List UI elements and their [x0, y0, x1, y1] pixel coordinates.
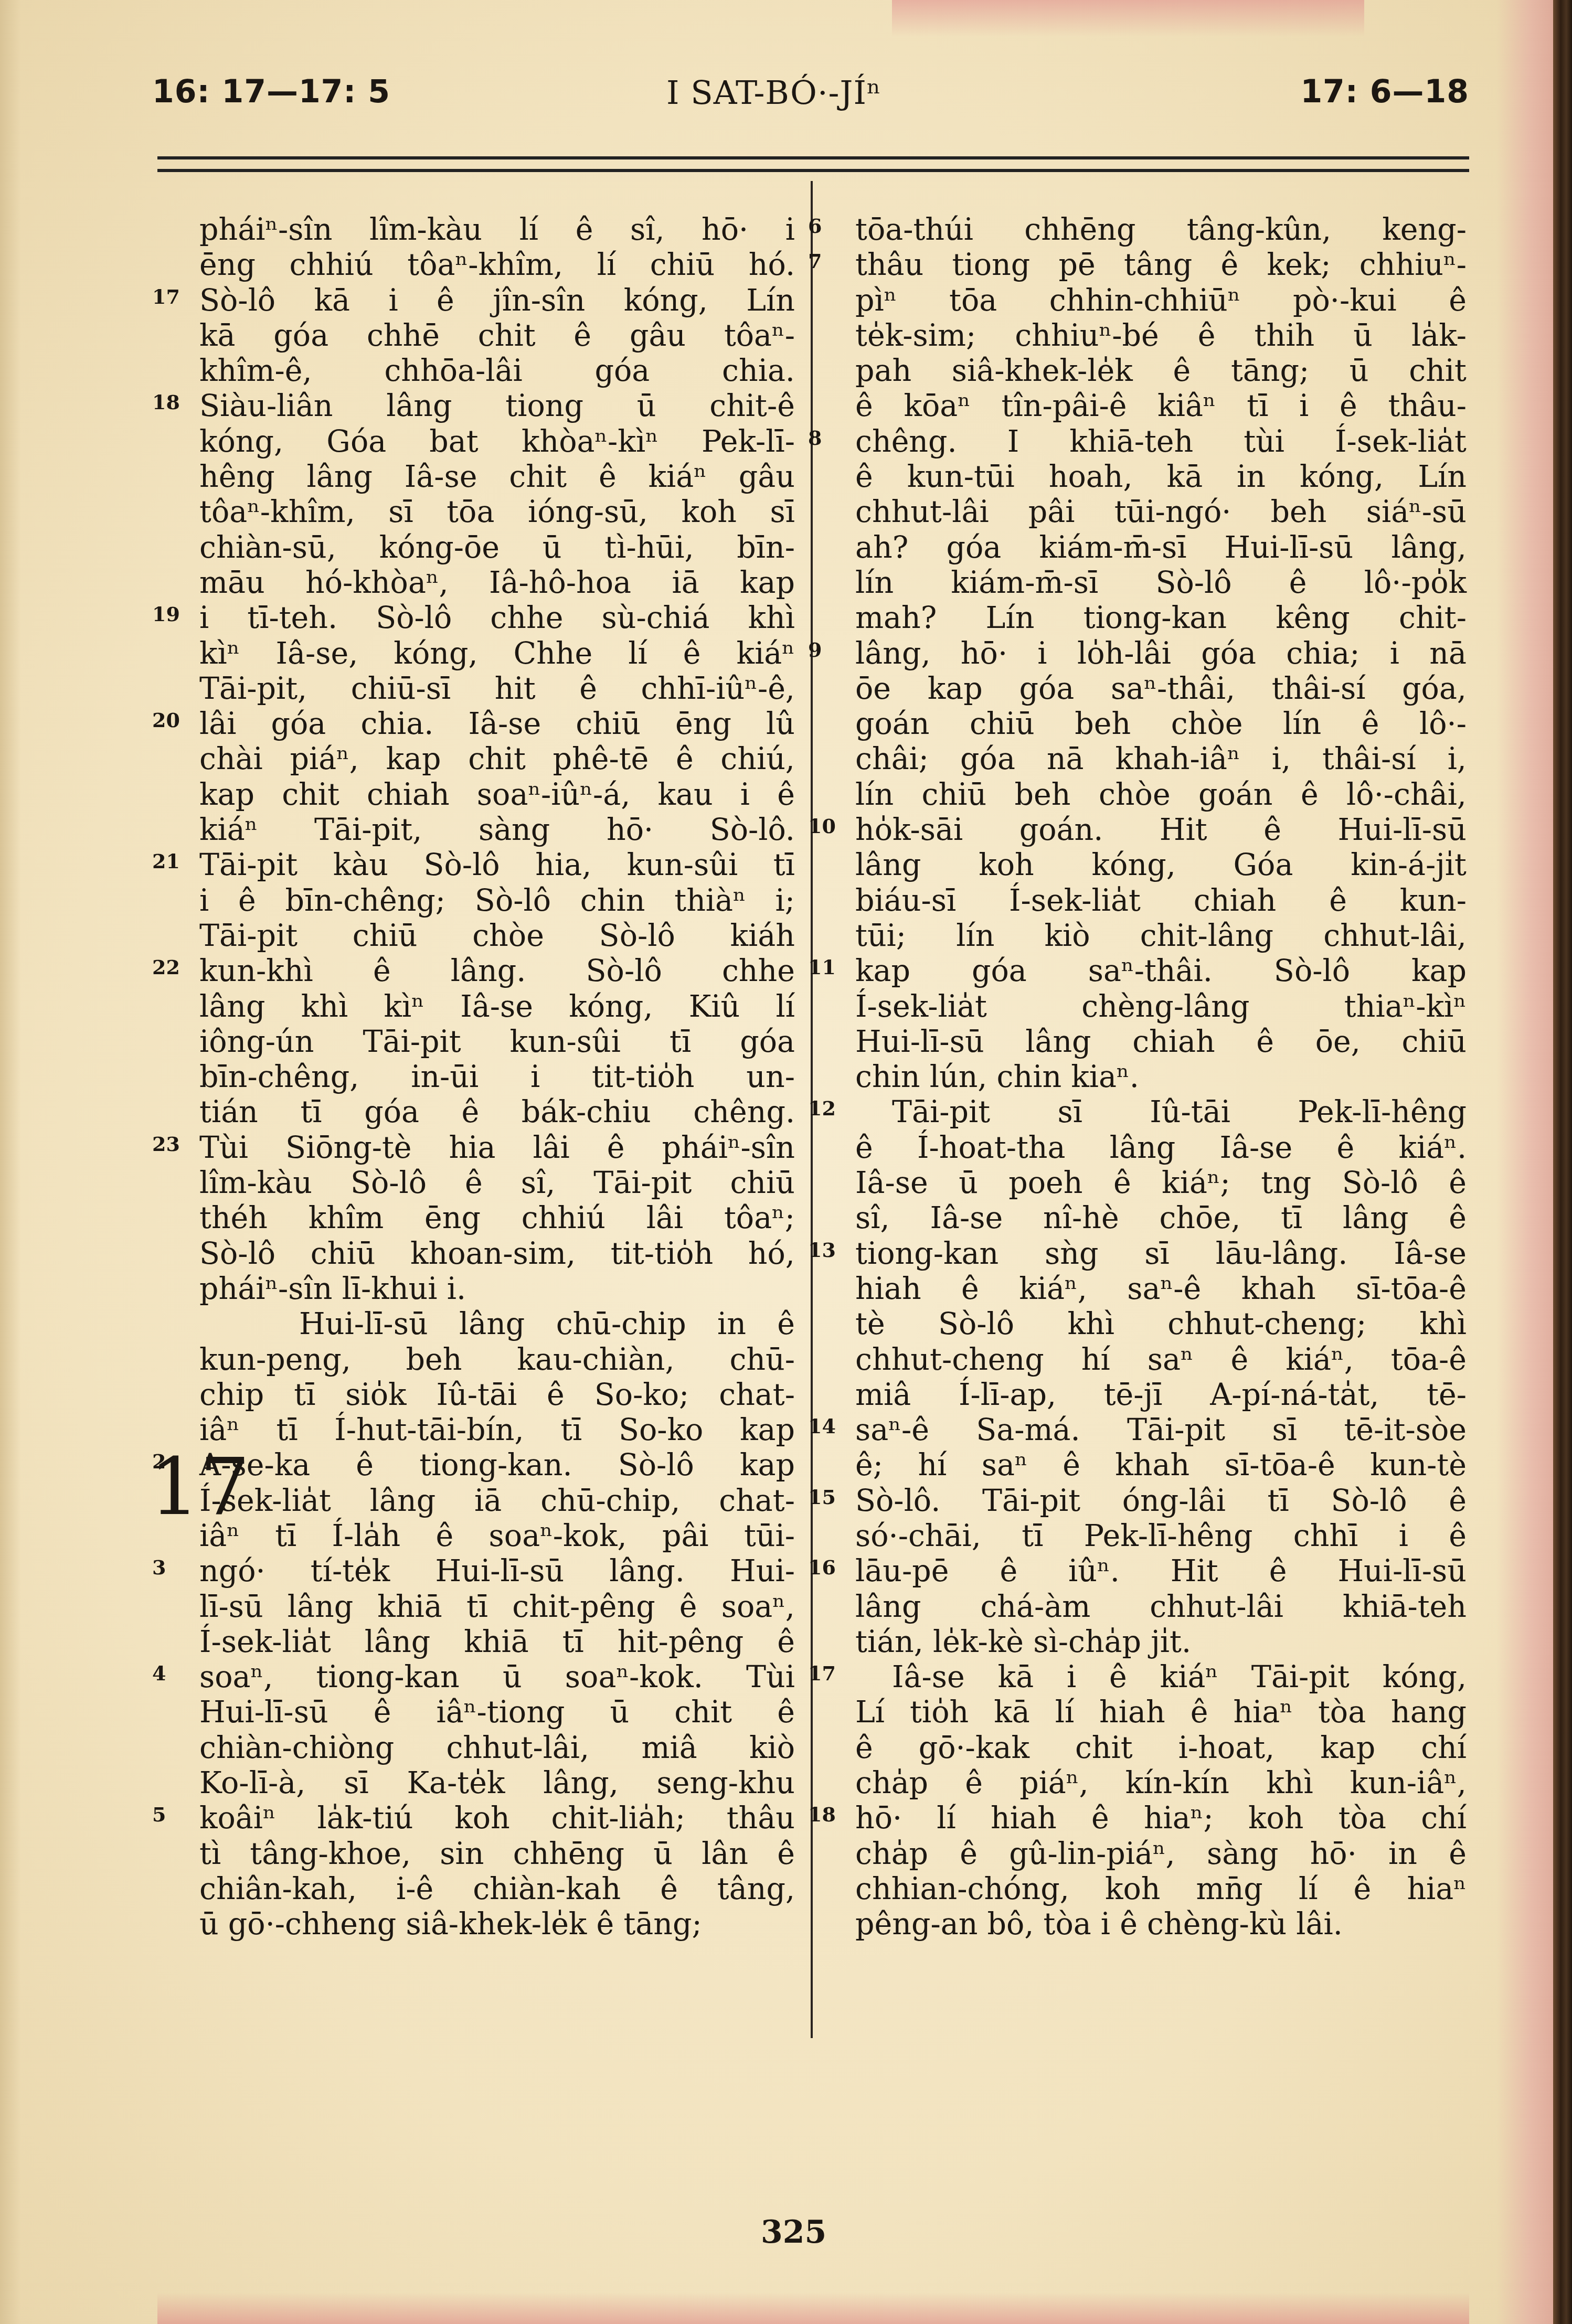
- text-line: chài piáⁿ, kap chit phê-tē ê chiú,: [199, 742, 795, 777]
- line-text: kap chit chiah soaⁿ-iûⁿ-á, kau i ê: [199, 777, 795, 812]
- line-text: kiáⁿ Tāi-pit, sàng hō· Sò-lô.: [199, 813, 795, 847]
- header-right-reference: 17: 6—18: [1300, 73, 1469, 110]
- line-text: cha̍p ê gû-lin-piáⁿ, sàng hō· in ê: [855, 1837, 1467, 1871]
- line-text: lâng koh kóng, Góa kin-á-ji̍t: [855, 848, 1467, 882]
- text-line: 11kap góa saⁿ-thâi. Sò-lô kap: [855, 954, 1467, 989]
- page-number: 325: [761, 2214, 826, 2251]
- verse-number: 9: [808, 632, 840, 667]
- text-line: Hui-lī-sū lâng chū-chip in ê: [199, 1307, 795, 1342]
- line-text: lâng chá-àm chhut-lâi khiā-teh: [855, 1590, 1467, 1624]
- left-text-column: pháiⁿ-sîn lîm-kàu lí ê sî, hō· iēng chhi…: [199, 212, 795, 1943]
- text-line: lín chiū beh chòe goán ê lô·-châi,: [855, 777, 1467, 813]
- text-line: tì tâng-khoe, sin chhēng ū lân ê: [199, 1837, 795, 1872]
- right-text-column: 6tōa-thúi chhēng tâng-kûn, keng-7thâu ti…: [855, 212, 1467, 1943]
- line-text: ê Í-hoat-tha lâng Iâ-se ê kiáⁿ.: [855, 1131, 1467, 1165]
- line-text: ê kōaⁿ tîn-pâi-ê kiâⁿ tī i ê thâu-: [855, 389, 1467, 423]
- line-text: pêng-an bô, tòa i ê chèng-kù lâi.: [855, 1907, 1343, 1942]
- verse-number: 3: [152, 1550, 184, 1585]
- text-line: Lí tio̍h kā lí hiah ê hiaⁿ tòa hang: [855, 1695, 1467, 1730]
- verse-number: 17: [152, 279, 184, 314]
- text-line: goán chiū beh chòe lín ê lô·-: [855, 707, 1467, 742]
- text-line: kap chit chiah soaⁿ-iûⁿ-á, kau i ê: [199, 777, 795, 813]
- text-line: 7thâu tiong pē tâng ê kek; chhiuⁿ-: [855, 248, 1467, 283]
- line-text: i ê bīn-chêng; Sò-lô chin thiàⁿ i;: [199, 883, 795, 918]
- line-text: kìⁿ Iâ-se, kóng, Chhe lí ê kiáⁿ: [199, 636, 795, 671]
- text-line: chin lún, chin kiaⁿ.: [855, 1060, 1467, 1095]
- text-line: lín kiám-m̄-sī Sò-lô ê lô·-po̍k: [855, 566, 1467, 601]
- line-text: só·-chāi, tī Pek-lī-hêng chhī i ê: [855, 1519, 1467, 1553]
- line-text: Sò-lô chiū khoan-sim, tit-tio̍h hó,: [199, 1236, 795, 1271]
- header-book-title: I SAT-BÓ·-JÍⁿ: [666, 73, 881, 112]
- line-text: thâu tiong pē tâng ê kek; chhiuⁿ-: [855, 248, 1467, 282]
- line-text: lín kiám-m̄-sī Sò-lô ê lô·-po̍k: [855, 566, 1467, 600]
- text-line: 13tiong-kan sǹg sī lāu-lâng. Iâ-se: [855, 1236, 1467, 1272]
- text-line: chhut-cheng hí saⁿ ê kiáⁿ, tōa-ê: [855, 1342, 1467, 1378]
- verse-number: 21: [152, 844, 184, 879]
- line-text: Í-sek-lia̍t chèng-lâng thiaⁿ-kìⁿ: [855, 989, 1467, 1024]
- text-line: 15Sò-lô. Tāi-pit óng-lâi tī Sò-lô ê: [855, 1484, 1467, 1519]
- text-line: i ê bīn-chêng; Sò-lô chin thiàⁿ i;: [199, 883, 795, 919]
- line-text: goán chiū beh chòe lín ê lô·-: [855, 707, 1467, 741]
- line-text: chêng. I khiā-teh tùi Í-sek-lia̍t: [855, 424, 1467, 459]
- book-cover-edge: [1553, 0, 1572, 2324]
- text-line: chiân-kah, i-ê chiàn-kah ê tâng,: [199, 1872, 795, 1907]
- verse-number: 7: [808, 243, 840, 279]
- line-text: kóng, Góa bat khòaⁿ-kìⁿ Pek-lī-: [199, 424, 795, 459]
- line-text: ōe kap góa saⁿ-thâi, thâi-sí góa,: [855, 671, 1467, 706]
- line-text: te̍k-sim; chhiuⁿ-bé ê thih ū la̍k-: [855, 318, 1467, 353]
- text-line: 5koâiⁿ la̍k-tiú koh chit-lia̍h; thâu: [199, 1801, 795, 1836]
- text-line: kā góa chhē chit ê gâu tôaⁿ-: [199, 318, 795, 354]
- verse-number: 5: [152, 1797, 184, 1832]
- line-text: lâi góa chia. Iâ-se chiū ēng lû: [199, 707, 795, 741]
- right-edge-stain: [1496, 0, 1554, 2324]
- text-line: Í-sek-lia̍t lâng khiā tī hit-pêng ê: [199, 1625, 795, 1660]
- text-line: Iâ-se ū poeh ê kiáⁿ; tng Sò-lô ê: [855, 1166, 1467, 1201]
- text-line: 2A-se-ka ê tiong-kan. Sò-lô kap: [199, 1448, 795, 1483]
- line-text: tì tâng-khoe, sin chhēng ū lân ê: [199, 1837, 795, 1871]
- text-line: cha̍p ê gû-lin-piáⁿ, sàng hō· in ê: [855, 1837, 1467, 1872]
- line-text: pìⁿ tōa chhin-chhiūⁿ pò·-kui ê: [855, 283, 1467, 318]
- text-line: 20lâi góa chia. Iâ-se chiū ēng lû: [199, 707, 795, 742]
- text-line: Tāi-pit, chiū-sī hit ê chhī-iûⁿ-ê,: [199, 671, 795, 707]
- running-header: 16: 17—17: 5 I SAT-BÓ·-JÍⁿ 17: 6—18: [152, 73, 1469, 121]
- line-text: chiân-kah, i-ê chiàn-kah ê tâng,: [199, 1872, 795, 1906]
- text-line: 3ngó· tí-te̍k Hui-lī-sū lâng. Hui-: [199, 1554, 795, 1589]
- verse-number: 17: [808, 1656, 840, 1691]
- text-line: ê; hí saⁿ ê khah sī-tōa-ê kun-tè: [855, 1448, 1467, 1483]
- line-text: iâⁿ tī Í-hut-tāi-bín, tī So-ko kap: [199, 1413, 795, 1447]
- text-line: ū gō·-chheng siâ-khek-le̍k ê tāng;: [199, 1907, 795, 1942]
- line-text: pah siâ-khek-le̍k ê tāng; ū chit: [855, 354, 1467, 388]
- text-line: 8chêng. I khiā-teh tùi Í-sek-lia̍t: [855, 424, 1467, 460]
- line-text: tiong-kan sǹg sī lāu-lâng. Iâ-se: [855, 1236, 1467, 1271]
- text-line: ah? góa kiám-m̄-sī Hui-lī-sū lâng,: [855, 530, 1467, 566]
- line-text: chài piáⁿ, kap chit phê-tē ê chiú,: [199, 742, 795, 776]
- line-text: Sò-lô. Tāi-pit óng-lâi tī Sò-lô ê: [855, 1484, 1467, 1518]
- line-text: lī-sū lâng khiā tī chit-pêng ê soaⁿ,: [199, 1590, 795, 1624]
- line-text: ê; hí saⁿ ê khah sī-tōa-ê kun-tè: [855, 1448, 1467, 1483]
- verse-number: 15: [808, 1479, 840, 1515]
- text-line: lâng chá-àm chhut-lâi khiā-teh: [855, 1590, 1467, 1625]
- line-text: mah? Lín tiong-kan kêng chit-: [855, 601, 1467, 635]
- line-text: tôaⁿ-khîm, sī tōa ióng-sū, koh sī: [199, 495, 795, 529]
- text-line: 14saⁿ-ê Sa-má. Tāi-pit sī tē-it-sòe: [855, 1413, 1467, 1448]
- line-text: lín chiū beh chòe goán ê lô·-châi,: [855, 777, 1467, 812]
- line-text: soaⁿ, tiong-kan ū soaⁿ-kok. Tùi: [199, 1660, 795, 1694]
- line-text: pháiⁿ-sîn lîm-kàu lí ê sî, hō· i: [199, 212, 795, 247]
- text-line: biáu-sī Í-sek-lia̍t chiah ê kun-: [855, 883, 1467, 919]
- text-line: ê kun-tūi hoah, kā in kóng, Lín: [855, 460, 1467, 495]
- text-line: khîm-ê, chhōa-lâi góa chia.: [199, 354, 795, 389]
- gutter-shadow: [0, 0, 21, 2324]
- text-line: lī-sū lâng khiā tī chit-pêng ê soaⁿ,: [199, 1590, 795, 1625]
- text-line: kóng, Góa bat khòaⁿ-kìⁿ Pek-lī-: [199, 424, 795, 460]
- text-line: 4soaⁿ, tiong-kan ū soaⁿ-kok. Tùi: [199, 1660, 795, 1695]
- verse-number: 23: [152, 1126, 184, 1161]
- text-line: só·-chāi, tī Pek-lī-hêng chhī i ê: [855, 1519, 1467, 1554]
- text-line: 12Tāi-pit sī Iû-tāi Pek-lī-hêng: [855, 1095, 1467, 1130]
- text-line: ōe kap góa saⁿ-thâi, thâi-sí góa,: [855, 671, 1467, 707]
- line-text: māu hó-khòaⁿ, Iâ-hô-hoa iā kap: [199, 566, 795, 600]
- text-line: chiàn-sū, kóng-ōe ū tì-hūi, bīn-: [199, 530, 795, 566]
- text-line: mah? Lín tiong-kan kêng chit-: [855, 601, 1467, 636]
- verse-number: 18: [808, 1797, 840, 1832]
- text-line: 19i tī-teh. Sò-lô chhe sù-chiá khì: [199, 601, 795, 636]
- text-line: pêng-an bô, tòa i ê chèng-kù lâi.: [855, 1907, 1467, 1942]
- text-line: hiah ê kiáⁿ, saⁿ-ê khah sī-tōa-ê: [855, 1272, 1467, 1307]
- line-text: lîm-kàu Sò-lô ê sî, Tāi-pit chiū: [199, 1166, 795, 1200]
- text-line: tôaⁿ-khîm, sī tōa ióng-sū, koh sī: [199, 495, 795, 530]
- verse-number: 10: [808, 808, 840, 844]
- text-line: sî, Iâ-se nî-hè chōe, tī lâng ê: [855, 1201, 1467, 1236]
- text-line: Í-sek-lia̍t lâng iā chū-chip, chat-: [199, 1484, 795, 1519]
- text-line: 18Siàu-liân lâng tiong ū chit-ê: [199, 389, 795, 424]
- line-text: Tāi-pit kàu Sò-lô hia, kun-sûi tī: [199, 848, 795, 882]
- line-text: Sò-lô kā i ê jîn-sîn kóng, Lín: [199, 283, 795, 318]
- line-text: Tāi-pit sī Iû-tāi Pek-lī-hêng: [892, 1095, 1467, 1129]
- text-line: pháiⁿ-sîn lī-khui i.: [199, 1272, 795, 1307]
- line-text: kun-khì ê lâng. Sò-lô chhe: [199, 954, 795, 988]
- text-line: châi; góa nā khah-iâⁿ i, thâi-sí i,: [855, 742, 1467, 777]
- line-text: chiàn-chiòng chhut-lâi, miâ kiò: [199, 1731, 795, 1765]
- text-line: lâng khì kìⁿ Iâ-se kóng, Kiû lí: [199, 989, 795, 1025]
- line-text: pháiⁿ-sîn lī-khui i.: [199, 1272, 466, 1306]
- line-text: lâng, hō· i lo̍h-lâi góa chia; i nā: [855, 636, 1467, 671]
- text-line: chip tī sio̍k Iû-tāi ê So-ko; chat-: [199, 1378, 795, 1413]
- line-text: ho̍k-sāi goán. Hit ê Hui-lī-sū: [855, 813, 1467, 847]
- text-line: 10ho̍k-sāi goán. Hit ê Hui-lī-sū: [855, 813, 1467, 848]
- line-text: hêng lâng Iâ-se chit ê kiáⁿ gâu: [199, 460, 795, 494]
- text-line: 16lāu-pē ê iûⁿ. Hit ê Hui-lī-sū: [855, 1554, 1467, 1589]
- text-line: te̍k-sim; chhiuⁿ-bé ê thih ū la̍k-: [855, 318, 1467, 354]
- header-left-reference: 16: 17—17: 5: [152, 73, 390, 110]
- text-line: Hui-lī-sū lâng chiah ê ōe, chiū: [855, 1025, 1467, 1060]
- line-text: chiàn-sū, kóng-ōe ū tì-hūi, bīn-: [199, 530, 795, 565]
- line-text: sî, Iâ-se nî-hè chōe, tī lâng ê: [855, 1201, 1467, 1235]
- line-text: Hui-lī-sū ê iâⁿ-tiong ū chit ê: [199, 1695, 795, 1730]
- header-rule-bottom: [157, 169, 1469, 172]
- line-text: iâⁿ tī Í-la̍h ê soaⁿ-kok, pâi tūi-: [199, 1519, 795, 1553]
- line-text: cha̍p ê piáⁿ, kín-kín khì kun-iâⁿ,: [855, 1766, 1467, 1800]
- verse-number: 11: [808, 950, 840, 985]
- text-line: kiáⁿ Tāi-pit, sàng hō· Sò-lô.: [199, 813, 795, 848]
- text-line: chhut-lâi pâi tūi-ngó· beh siáⁿ-sū: [855, 495, 1467, 530]
- line-text: tián tī góa ê bák-chiu chêng.: [199, 1095, 795, 1129]
- text-line: ê kōaⁿ tîn-pâi-ê kiâⁿ tī i ê thâu-: [855, 389, 1467, 424]
- line-text: Tùi Siōng-tè hia lâi ê pháiⁿ-sîn: [199, 1131, 795, 1165]
- line-text: i tī-teh. Sò-lô chhe sù-chiá khì: [199, 601, 795, 635]
- verse-number: 18: [152, 385, 184, 420]
- verse-number: 8: [808, 420, 840, 455]
- text-line: 17Iâ-se kā i ê kiáⁿ Tāi-pit kóng,: [855, 1660, 1467, 1695]
- text-line: cha̍p ê piáⁿ, kín-kín khì kun-iâⁿ,: [855, 1766, 1467, 1801]
- line-text: chhut-lâi pâi tūi-ngó· beh siáⁿ-sū: [855, 495, 1467, 529]
- line-text: châi; góa nā khah-iâⁿ i, thâi-sí i,: [855, 742, 1467, 776]
- line-text: koâiⁿ la̍k-tiú koh chit-lia̍h; thâu: [199, 1801, 795, 1836]
- header-rule-top: [157, 156, 1469, 159]
- text-line: Sò-lô chiū khoan-sim, tit-tio̍h hó,: [199, 1236, 795, 1272]
- text-line: tián, le̍k-kè sì-cha̍p ji̍t.: [855, 1625, 1467, 1660]
- line-text: Tāi-pit, chiū-sī hit ê chhī-iûⁿ-ê,: [199, 671, 795, 706]
- verse-number: 4: [152, 1656, 184, 1691]
- text-line: ēng chhiú tôaⁿ-khîm, lí chiū hó.: [199, 248, 795, 283]
- verse-number: 20: [152, 702, 184, 738]
- text-line: pah siâ-khek-le̍k ê tāng; ū chit: [855, 354, 1467, 389]
- text-line: tè Sò-lô khì chhut-cheng; khì: [855, 1307, 1467, 1342]
- line-text: théh khîm ēng chhiú lâi tôaⁿ;: [199, 1201, 795, 1235]
- line-text: Siàu-liân lâng tiong ū chit-ê: [199, 389, 795, 423]
- line-text: ū gō·-chheng siâ-khek-le̍k ê tāng;: [199, 1907, 702, 1942]
- text-line: 21Tāi-pit kàu Sò-lô hia, kun-sûi tī: [199, 848, 795, 883]
- line-text: Hui-lī-sū lâng chiah ê ōe, chiū: [855, 1025, 1467, 1059]
- line-text: A-se-ka ê tiong-kan. Sò-lô kap: [199, 1448, 795, 1483]
- text-line: 17Sò-lô kā i ê jîn-sîn kóng, Lín: [199, 283, 795, 318]
- line-text: hiah ê kiáⁿ, saⁿ-ê khah sī-tōa-ê: [855, 1272, 1467, 1306]
- line-text: tián, le̍k-kè sì-cha̍p ji̍t.: [855, 1625, 1191, 1659]
- line-text: chhian-chóng, koh mn̄g lí ê hiaⁿ: [855, 1872, 1467, 1906]
- text-line: 6tōa-thúi chhēng tâng-kûn, keng-: [855, 212, 1467, 248]
- text-line: pháiⁿ-sîn lîm-kàu lí ê sî, hō· i: [199, 212, 795, 248]
- line-text: ê gō·-kak chit i-hoat, kap chí: [855, 1731, 1467, 1765]
- verse-number: 2: [152, 1444, 184, 1479]
- text-line: iâⁿ tī Í-hut-tāi-bín, tī So-ko kap: [199, 1413, 795, 1448]
- line-text: kā góa chhē chit ê gâu tôaⁿ-: [199, 318, 795, 353]
- top-edge-stain: [892, 0, 1364, 37]
- line-text: ēng chhiú tôaⁿ-khîm, lí chiū hó.: [199, 248, 795, 282]
- line-text: Tāi-pit chiū chòe Sò-lô kiáh: [199, 919, 795, 953]
- text-line: iông-ún Tāi-pit kun-sûi tī góa: [199, 1025, 795, 1060]
- text-line: ê gō·-kak chit i-hoat, kap chí: [855, 1731, 1467, 1766]
- line-text: iông-ún Tāi-pit kun-sûi tī góa: [199, 1025, 795, 1059]
- line-text: biáu-sī Í-sek-lia̍t chiah ê kun-: [855, 883, 1467, 918]
- bottom-edge-stain: [157, 2293, 1469, 2324]
- text-line: lâng koh kóng, Góa kin-á-ji̍t: [855, 848, 1467, 883]
- line-text: hō· lí hiah ê hiaⁿ; koh tòa chí: [855, 1801, 1467, 1836]
- text-line: bīn-chêng, in-ūi i tit-tio̍h un-: [199, 1060, 795, 1095]
- line-text: kap góa saⁿ-thâi. Sò-lô kap: [855, 954, 1467, 988]
- line-text: bīn-chêng, in-ūi i tit-tio̍h un-: [199, 1060, 795, 1094]
- text-line: 22kun-khì ê lâng. Sò-lô chhe: [199, 954, 795, 989]
- text-line: théh khîm ēng chhiú lâi tôaⁿ;: [199, 1201, 795, 1236]
- text-line: iâⁿ tī Í-la̍h ê soaⁿ-kok, pâi tūi-: [199, 1519, 795, 1554]
- line-text: ngó· tí-te̍k Hui-lī-sū lâng. Hui-: [199, 1554, 795, 1589]
- line-text: chip tī sio̍k Iû-tāi ê So-ko; chat-: [199, 1378, 795, 1412]
- line-text: khîm-ê, chhōa-lâi góa chia.: [199, 354, 795, 388]
- line-text: chhut-cheng hí saⁿ ê kiáⁿ, tōa-ê: [855, 1342, 1467, 1377]
- text-line: tūi; lín kiò chit-lâng chhut-lâi,: [855, 919, 1467, 954]
- line-text: Í-sek-lia̍t lâng iā chū-chip, chat-: [199, 1484, 795, 1518]
- verse-number: 6: [808, 208, 840, 243]
- text-line: Hui-lī-sū ê iâⁿ-tiong ū chit ê: [199, 1695, 795, 1730]
- line-text: tōa-thúi chhēng tâng-kûn, keng-: [855, 212, 1467, 247]
- line-text: tè Sò-lô khì chhut-cheng; khì: [855, 1307, 1467, 1341]
- line-text: Hui-lī-sū lâng chū-chip in ê: [299, 1307, 795, 1341]
- line-text: miâ Í-lī-ap, tē-jī A-pí-ná-ta̍t, tē-: [855, 1378, 1467, 1412]
- verse-number: 13: [808, 1232, 840, 1267]
- line-text: tūi; lín kiò chit-lâng chhut-lâi,: [855, 919, 1467, 953]
- text-line: Tāi-pit chiū chòe Sò-lô kiáh: [199, 919, 795, 954]
- line-text: Iâ-se kā i ê kiáⁿ Tāi-pit kóng,: [892, 1660, 1467, 1694]
- text-line: chiàn-chiòng chhut-lâi, miâ kiò: [199, 1731, 795, 1766]
- verse-number: 19: [152, 596, 184, 632]
- line-text: Í-sek-lia̍t lâng khiā tī hit-pêng ê: [199, 1625, 795, 1659]
- text-line: lîm-kàu Sò-lô ê sî, Tāi-pit chiū: [199, 1166, 795, 1201]
- verse-number: 22: [152, 950, 184, 985]
- line-text: Iâ-se ū poeh ê kiáⁿ; tng Sò-lô ê: [855, 1166, 1467, 1200]
- text-line: 9lâng, hō· i lo̍h-lâi góa chia; i nā: [855, 636, 1467, 671]
- text-line: chhian-chóng, koh mn̄g lí ê hiaⁿ: [855, 1872, 1467, 1907]
- line-text: lāu-pē ê iûⁿ. Hit ê Hui-lī-sū: [855, 1554, 1467, 1589]
- text-line: kìⁿ Iâ-se, kóng, Chhe lí ê kiáⁿ: [199, 636, 795, 671]
- line-text: chin lún, chin kiaⁿ.: [855, 1060, 1139, 1094]
- text-line: Í-sek-lia̍t chèng-lâng thiaⁿ-kìⁿ: [855, 989, 1467, 1025]
- line-text: Ko-lī-à, sī Ka-te̍k lâng, seng-khu: [199, 1766, 795, 1800]
- text-line: 23Tùi Siōng-tè hia lâi ê pháiⁿ-sîn: [199, 1131, 795, 1166]
- text-line: ê Í-hoat-tha lâng Iâ-se ê kiáⁿ.: [855, 1131, 1467, 1166]
- text-line: miâ Í-lī-ap, tē-jī A-pí-ná-ta̍t, tē-: [855, 1378, 1467, 1413]
- line-text: kun-peng, beh kau-chiàn, chū-: [199, 1342, 795, 1377]
- line-text: saⁿ-ê Sa-má. Tāi-pit sī tē-it-sòe: [855, 1413, 1467, 1447]
- text-line: pìⁿ tōa chhin-chhiūⁿ pò·-kui ê: [855, 283, 1467, 318]
- line-text: ê kun-tūi hoah, kā in kóng, Lín: [855, 460, 1467, 494]
- text-line: 18hō· lí hiah ê hiaⁿ; koh tòa chí: [855, 1801, 1467, 1836]
- text-line: hêng lâng Iâ-se chit ê kiáⁿ gâu: [199, 460, 795, 495]
- line-text: Lí tio̍h kā lí hiah ê hiaⁿ tòa hang: [855, 1695, 1467, 1730]
- text-line: tián tī góa ê bák-chiu chêng.: [199, 1095, 795, 1130]
- verse-number: 12: [808, 1091, 840, 1126]
- text-line: māu hó-khòaⁿ, Iâ-hô-hoa iā kap: [199, 566, 795, 601]
- line-text: ah? góa kiám-m̄-sī Hui-lī-sū lâng,: [855, 530, 1467, 565]
- text-line: Ko-lī-à, sī Ka-te̍k lâng, seng-khu: [199, 1766, 795, 1801]
- verse-number: 14: [808, 1409, 840, 1444]
- text-line: kun-peng, beh kau-chiàn, chū-: [199, 1342, 795, 1378]
- line-text: lâng khì kìⁿ Iâ-se kóng, Kiû lí: [199, 989, 795, 1024]
- verse-number: 16: [808, 1550, 840, 1585]
